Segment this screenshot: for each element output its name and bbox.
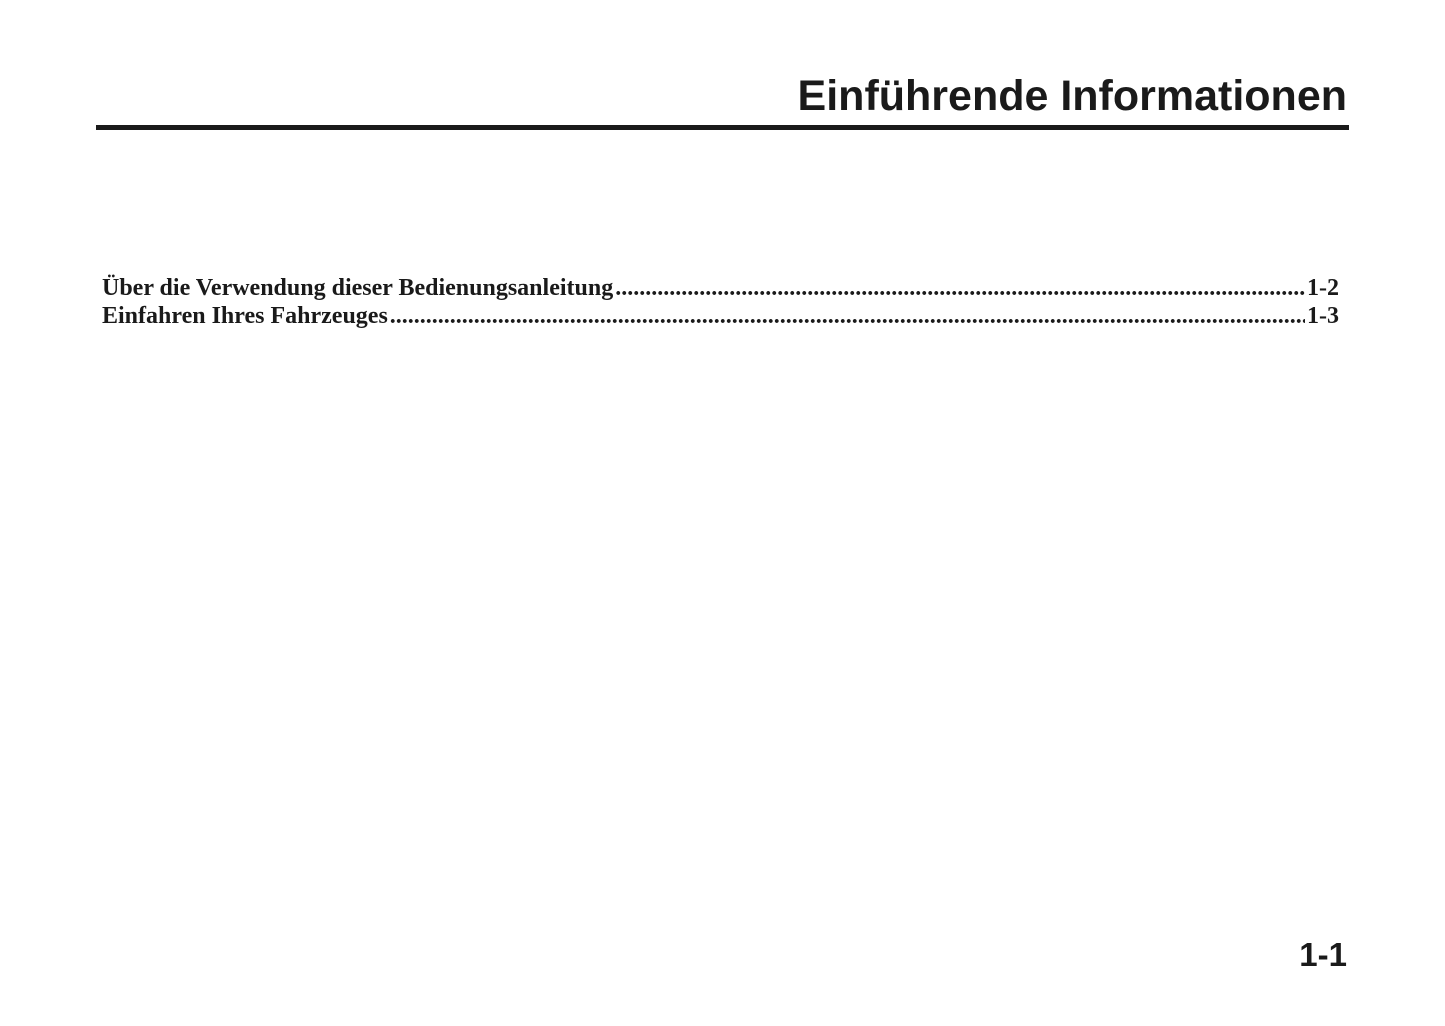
toc-entry[interactable]: Über die Verwendung dieser Bedienungsanl… <box>102 274 1339 302</box>
toc-entry-label: Über die Verwendung dieser Bedienungsanl… <box>102 274 613 302</box>
dot-leader <box>615 274 1305 302</box>
table-of-contents: Über die Verwendung dieser Bedienungsanl… <box>102 274 1339 330</box>
page-number: 1-1 <box>1299 936 1347 974</box>
chapter-title: Einführende Informationen <box>798 72 1347 121</box>
toc-entry-label: Einfahren Ihres Fahrzeuges <box>102 302 388 330</box>
title-underline <box>96 125 1349 130</box>
toc-entry-page: 1-3 <box>1307 302 1339 330</box>
toc-entry-page: 1-2 <box>1307 274 1339 302</box>
dot-leader <box>390 302 1305 330</box>
toc-entry[interactable]: Einfahren Ihres Fahrzeuges 1-3 <box>102 302 1339 330</box>
